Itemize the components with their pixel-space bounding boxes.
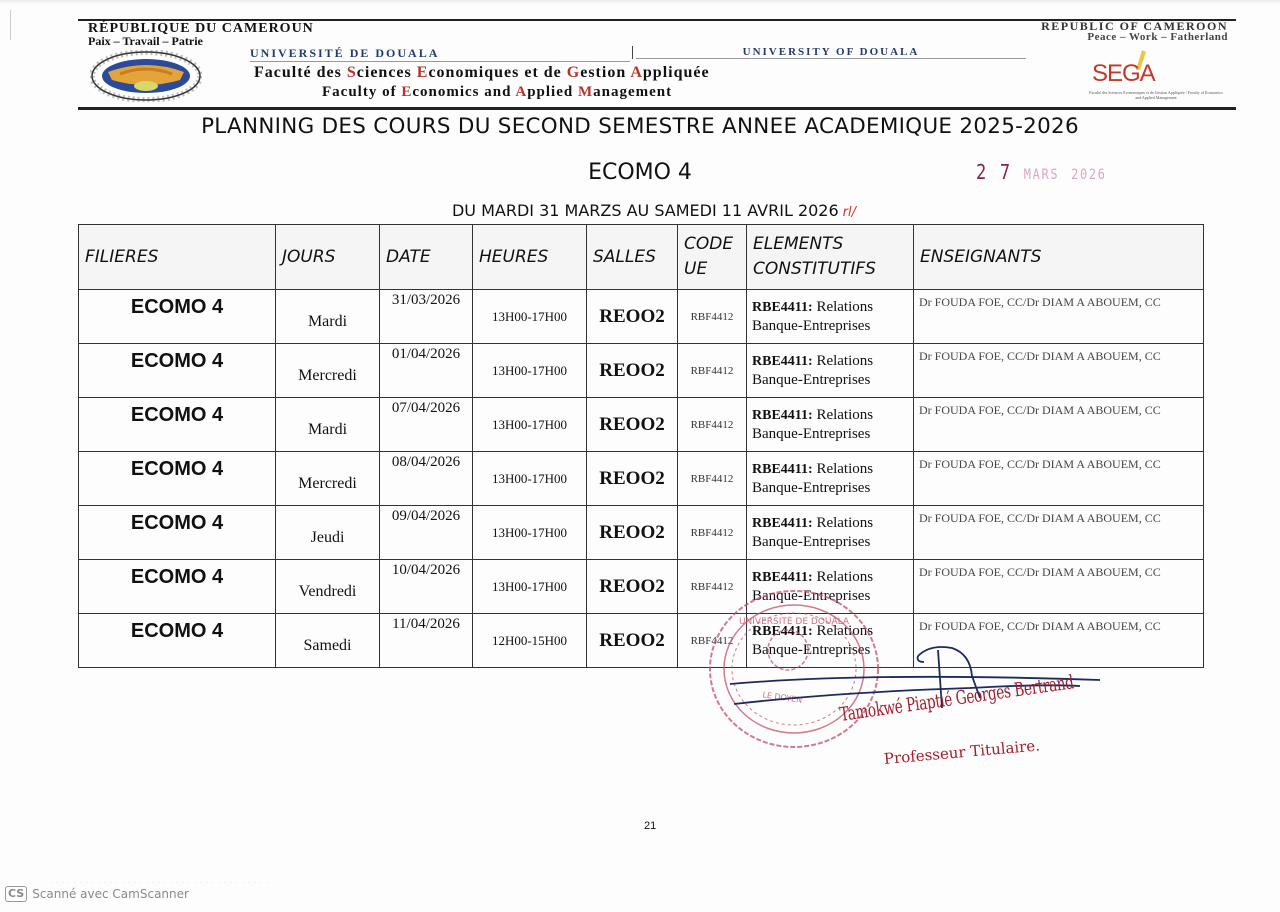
university-name-en: UNIVERSITY OF DOUALA bbox=[636, 46, 1026, 59]
cell-enseignants: Dr FOUDA FOE, CC/Dr DIAM A ABOUEM, CC bbox=[914, 506, 1204, 560]
cell-filiere: ECOMO 4 bbox=[79, 506, 276, 560]
cell-salle: REOO2 bbox=[587, 452, 678, 506]
cell-jour: Mercredi bbox=[276, 452, 380, 506]
cell-code-ue: RBF4412 bbox=[678, 452, 747, 506]
cell-jour: Mardi bbox=[276, 398, 380, 452]
header-code-ue: CODEUE bbox=[678, 225, 747, 290]
schedule-table: FILIERES JOURS DATE HEURES SALLES CODEUE… bbox=[78, 224, 1204, 668]
cell-enseignants: Dr FOUDA FOE, CC/Dr DIAM A ABOUEM, CC bbox=[914, 560, 1204, 614]
cell-code-ue: RBF4412 bbox=[678, 506, 747, 560]
table-row: ECOMO 4 Jeudi 09/04/2026 13H00-17H00 REO… bbox=[79, 506, 1204, 560]
cell-date: 31/03/2026 bbox=[380, 290, 473, 344]
faint-bleed-through-text: . . . . . . . . . . . . . . . . . . . . … bbox=[50, 876, 269, 885]
date-range-title: DU MARDI 31 MARZS AU SAMEDI 11 AVRIL 202… bbox=[0, 201, 1280, 220]
cell-salle: REOO2 bbox=[587, 398, 678, 452]
cell-filiere: ECOMO 4 bbox=[79, 452, 276, 506]
country-motto-fr: Paix – Travail – Patrie bbox=[88, 34, 203, 49]
table-row: ECOMO 4 Mardi 07/04/2026 13H00-17H00 REO… bbox=[79, 398, 1204, 452]
faculty-logo-subtitle: Faculté des Sciences Economiques et de G… bbox=[1086, 90, 1226, 100]
cell-salle: REOO2 bbox=[587, 614, 678, 668]
cell-date: 07/04/2026 bbox=[380, 398, 473, 452]
cell-date: 01/04/2026 bbox=[380, 344, 473, 398]
header-elements-constitutifs: ELEMENTSCONSTITUTIFS bbox=[747, 225, 914, 290]
cell-jour: Mercredi bbox=[276, 344, 380, 398]
cell-salle: REOO2 bbox=[587, 560, 678, 614]
cell-date: 08/04/2026 bbox=[380, 452, 473, 506]
cell-code-ue: RBF4412 bbox=[678, 344, 747, 398]
cell-jour: Jeudi bbox=[276, 506, 380, 560]
page-number: 21 bbox=[644, 820, 656, 832]
cell-heures: 13H00-17H00 bbox=[473, 452, 587, 506]
cell-enseignants: Dr FOUDA FOE, CC/Dr DIAM A ABOUEM, CC bbox=[914, 290, 1204, 344]
cell-filiere: ECOMO 4 bbox=[79, 398, 276, 452]
camscanner-label: Scanné avec CamScanner bbox=[32, 887, 189, 901]
cell-code-ue: RBF4412 bbox=[678, 290, 747, 344]
cell-enseignants: Dr FOUDA FOE, CC/Dr DIAM A ABOUEM, CC bbox=[914, 398, 1204, 452]
faculty-logo-text: SEGA bbox=[1092, 60, 1155, 88]
header-filieres: FILIERES bbox=[79, 225, 276, 290]
cell-enseignants: Dr FOUDA FOE, CC/Dr DIAM A ABOUEM, CC bbox=[914, 452, 1204, 506]
header-enseignants: ENSEIGNANTS bbox=[914, 225, 1204, 290]
cell-heures: 13H00-17H00 bbox=[473, 398, 587, 452]
faculty-logo: SEGA Faculté des Sciences Economiques et… bbox=[1086, 54, 1226, 104]
cell-element-constitutif: RBE4411: RelationsBanque-Entreprises bbox=[747, 344, 914, 398]
country-motto-en: Peace – Work – Fatherland bbox=[1087, 31, 1228, 43]
cell-heures: 13H00-17H00 bbox=[473, 290, 587, 344]
letterhead-bottom-rule bbox=[78, 107, 1236, 110]
page-edge-left bbox=[10, 10, 11, 40]
letterhead: RÉPUBLIQUE DU CAMEROUN Paix – Travail – … bbox=[78, 14, 1236, 110]
table-row: ECOMO 4 Mercredi 08/04/2026 13H00-17H00 … bbox=[79, 452, 1204, 506]
cell-jour: Vendredi bbox=[276, 560, 380, 614]
faculty-name-fr: Faculté des Sciences Economiques et de G… bbox=[254, 64, 710, 82]
cell-heures: 13H00-17H00 bbox=[473, 560, 587, 614]
university-crest-logo bbox=[90, 50, 202, 102]
cell-filiere: ECOMO 4 bbox=[79, 344, 276, 398]
cell-element-constitutif: RBE4411: RelationsBanque-Entreprises bbox=[747, 452, 914, 506]
cell-filiere: ECOMO 4 bbox=[79, 290, 276, 344]
cell-salle: REOO2 bbox=[587, 506, 678, 560]
svg-text:UNIVERSITÉ DE DOUALA: UNIVERSITÉ DE DOUALA bbox=[739, 615, 850, 627]
cell-date: 09/04/2026 bbox=[380, 506, 473, 560]
cell-jour: Mardi bbox=[276, 290, 380, 344]
table-row: ECOMO 4 Mardi 31/03/2026 13H00-17H00 REO… bbox=[79, 290, 1204, 344]
received-date-stamp: 2 7 MARS 2026 bbox=[976, 160, 1107, 184]
cell-date: 10/04/2026 bbox=[380, 560, 473, 614]
cell-element-constitutif: RBE4411: RelationsBanque-Entreprises bbox=[747, 506, 914, 560]
university-separator bbox=[632, 46, 633, 59]
cell-enseignants: Dr FOUDA FOE, CC/Dr DIAM A ABOUEM, CC bbox=[914, 344, 1204, 398]
page-edge bbox=[0, 0, 1280, 4]
cell-filiere: ECOMO 4 bbox=[79, 560, 276, 614]
cell-code-ue: RBF4412 bbox=[678, 398, 747, 452]
handwritten-annotation: rl/ bbox=[843, 205, 856, 220]
document-title: PLANNING DES COURS DU SECOND SEMESTRE AN… bbox=[0, 114, 1280, 138]
cell-salle: REOO2 bbox=[587, 344, 678, 398]
cell-heures: 13H00-17H00 bbox=[473, 344, 587, 398]
header-jours: JOURS bbox=[276, 225, 380, 290]
cell-heures: 13H00-17H00 bbox=[473, 506, 587, 560]
header-date: DATE bbox=[380, 225, 473, 290]
university-name-fr: UNIVERSITÉ DE DOUALA bbox=[250, 46, 630, 62]
cell-salle: REOO2 bbox=[587, 290, 678, 344]
camscanner-icon: CS bbox=[5, 886, 27, 902]
header-salles: SALLES bbox=[587, 225, 678, 290]
cell-jour: Samedi bbox=[276, 614, 380, 668]
cell-element-constitutif: RBE4411: RelationsBanque-Entreprises bbox=[747, 290, 914, 344]
table-row: ECOMO 4 Vendredi 10/04/2026 13H00-17H00 … bbox=[79, 560, 1204, 614]
signatory-title: Professeur Titulaire. bbox=[883, 736, 1040, 768]
header-heures: HEURES bbox=[473, 225, 587, 290]
camscanner-watermark: CS Scanné avec CamScanner bbox=[5, 886, 189, 902]
cell-heures: 12H00-15H00 bbox=[473, 614, 587, 668]
table-header-row: FILIERES JOURS DATE HEURES SALLES CODEUE… bbox=[79, 225, 1204, 290]
cell-date: 11/04/2026 bbox=[380, 614, 473, 668]
table-row: ECOMO 4 Mercredi 01/04/2026 13H00-17H00 … bbox=[79, 344, 1204, 398]
cell-filiere: ECOMO 4 bbox=[79, 614, 276, 668]
cell-element-constitutif: RBE4411: RelationsBanque-Entreprises bbox=[747, 398, 914, 452]
faculty-name-en: Faculty of Economics and Applied Managem… bbox=[322, 84, 672, 101]
